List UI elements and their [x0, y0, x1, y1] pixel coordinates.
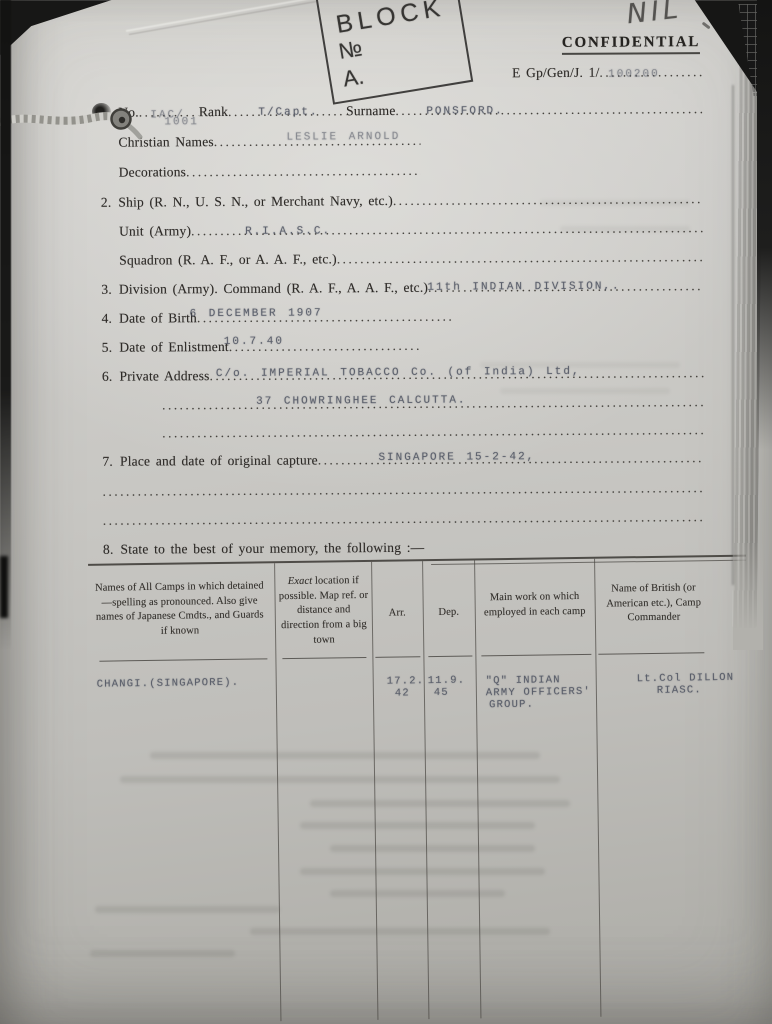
row-arrival-date-1: 17.2. [387, 675, 425, 688]
photo-edge-dark-left [0, 0, 11, 650]
header-underline [375, 656, 420, 658]
form-content: BLOCK № A. NIL CONFIDENTIAL E Gp/Gen/J. … [0, 0, 772, 1024]
row-commander-1: Lt.Col DILLON [637, 672, 735, 685]
table-header-arrived: Arr. [372, 606, 423, 621]
photo-edge-dark-left-lower [0, 556, 8, 618]
table-top-rule-2 [431, 560, 746, 565]
table-header-camp-commander: Name of British (or American etc.), Camp… [595, 581, 712, 627]
photo-edge-dark-right [757, 0, 772, 450]
row-departure-date-1: 11.9. [428, 675, 466, 688]
table-header-main-work: Main work on which employed in each camp [476, 590, 592, 621]
row-commander-2: RIASC. [657, 684, 702, 697]
scanned-pow-questionnaire-page: BLOCK № A. NIL CONFIDENTIAL E Gp/Gen/J. … [0, 0, 772, 1024]
row-camp-name: CHANGI.(SINGAPORE). [97, 677, 240, 691]
table-column-divider [474, 560, 482, 1018]
table-column-divider [371, 562, 379, 1020]
table-header-location-exact: Exact [288, 576, 313, 587]
header-underline [428, 655, 472, 657]
header-underline [598, 652, 704, 655]
page-edge-shadow [732, 85, 734, 585]
table-column-divider [594, 559, 602, 1017]
row-main-work-2: ARMY OFFICERS' [486, 686, 591, 699]
header-underline [282, 657, 366, 659]
page-stack-fade [733, 540, 763, 650]
camps-table: Names of All Camps in which detained—spe… [0, 0, 772, 1024]
row-main-work-3: GROUP. [489, 699, 534, 712]
row-main-work-1: "Q" INDIAN [486, 674, 561, 687]
header-underline [481, 654, 591, 657]
header-underline [99, 658, 267, 661]
table-header-departed: Dep. [423, 605, 475, 620]
row-departure-date-2: 45 [434, 687, 449, 699]
row-arrival-date-2: 42 [395, 687, 410, 699]
table-header-camps: Names of All Camps in which detained—spe… [91, 579, 268, 640]
table-header-location: Exact location if possible. Map ref. or … [277, 574, 370, 649]
binding-string [0, 90, 152, 150]
table-column-divider [422, 561, 430, 1019]
